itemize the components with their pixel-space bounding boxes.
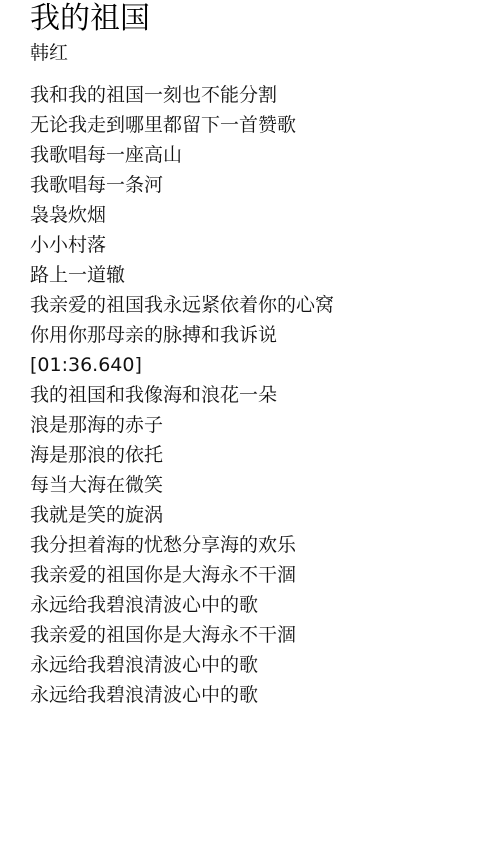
lyrics-list: 我和我的祖国一刻也不能分割 无论我走到哪里都留下一首赞歌 我歌唱每一座高山 我歌… <box>30 80 334 710</box>
lyric-timestamp: [01:36.640] <box>30 350 334 380</box>
lyric-line: 我歌唱每一条河 <box>30 170 334 200</box>
lyric-line: 路上一道辙 <box>30 260 334 290</box>
lyric-line: 我亲爱的祖国你是大海永不干涸 <box>30 560 334 590</box>
lyric-line: 我和我的祖国一刻也不能分割 <box>30 80 334 110</box>
lyric-line: 你用你那母亲的脉搏和我诉说 <box>30 320 334 350</box>
lyric-line: 浪是那海的赤子 <box>30 410 334 440</box>
song-artist: 韩红 <box>30 40 68 66</box>
lyric-line: 永远给我碧浪清波心中的歌 <box>30 590 334 620</box>
lyric-line: 我的祖国和我像海和浪花一朵 <box>30 380 334 410</box>
song-title: 我的祖国 <box>30 0 150 38</box>
lyric-line: 永远给我碧浪清波心中的歌 <box>30 650 334 680</box>
lyric-line: 我歌唱每一座高山 <box>30 140 334 170</box>
lyric-line: 海是那浪的依托 <box>30 440 334 470</box>
lyric-line: 永远给我碧浪清波心中的歌 <box>30 680 334 710</box>
lyric-line: 小小村落 <box>30 230 334 260</box>
lyric-line: 我亲爱的祖国你是大海永不干涸 <box>30 620 334 650</box>
lyric-line: 每当大海在微笑 <box>30 470 334 500</box>
lyric-line: 袅袅炊烟 <box>30 200 334 230</box>
lyric-line: 无论我走到哪里都留下一首赞歌 <box>30 110 334 140</box>
lyric-line: 我亲爱的祖国我永远紧依着你的心窝 <box>30 290 334 320</box>
lyric-line: 我分担着海的忧愁分享海的欢乐 <box>30 530 334 560</box>
lyric-line: 我就是笑的旋涡 <box>30 500 334 530</box>
lyrics-page: 我的祖国 韩红 我和我的祖国一刻也不能分割 无论我走到哪里都留下一首赞歌 我歌唱… <box>0 0 500 850</box>
